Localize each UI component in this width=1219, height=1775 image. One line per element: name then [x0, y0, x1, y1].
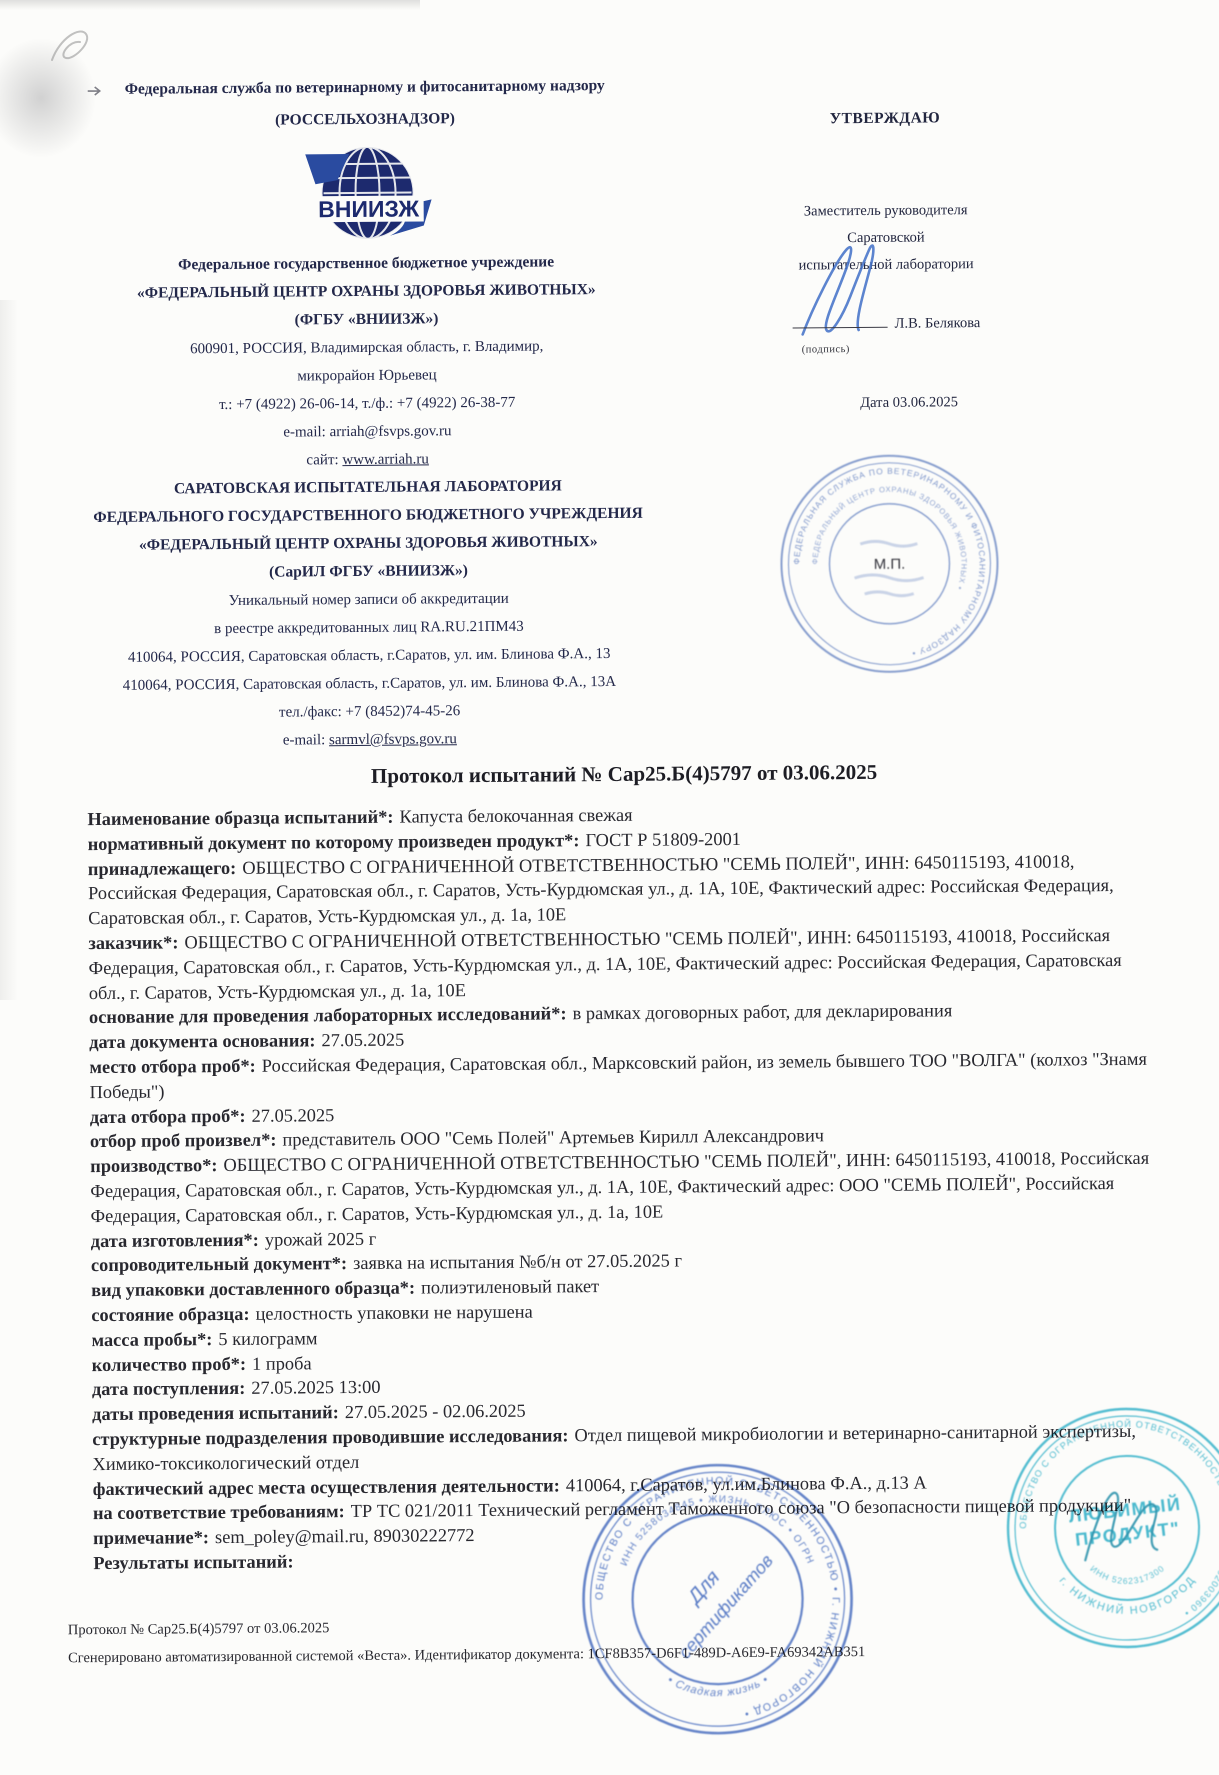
field-value: ОБЩЕСТВО С ОГРАНИЧЕННОЙ ОТВЕТСТВЕННОСТЬЮ… [89, 925, 1122, 1003]
field-row: заказчик*:ОБЩЕСТВО С ОГРАНИЧЕННОЙ ОТВЕТС… [88, 923, 1153, 1006]
lyubimy-product-stamp: ОБЩЕСТВО С ОГРАНИЧЕННОЙ ОТВЕТСТВЕННОСТЬЮ… [996, 1397, 1219, 1659]
field-label: дата документа основания: [89, 1030, 315, 1052]
lab-name-3: «ФЕДЕРАЛЬНЫЙ ЦЕНТР ОХРАНЫ ЗДОРОВЬЯ ЖИВОТ… [52, 527, 684, 560]
field-label: производство*: [90, 1155, 217, 1176]
field-value: sem_poley@mail.ru, 89030222772 [215, 1525, 475, 1547]
site-label: сайт: [306, 452, 342, 468]
field-value: в рамках договорных работ, для деклариро… [572, 1001, 952, 1024]
approval-title: УТВЕРЖДАЮ [729, 109, 1041, 129]
field-label: сопроводительный документ*: [91, 1253, 347, 1275]
field-label: состояние образца: [91, 1304, 249, 1325]
lab-email-line: e-mail: sarmvl@fsvps.gov.ru [54, 723, 686, 756]
center-name: «ФЕДЕРАЛЬНЫЙ ЦЕНТР ОХРАНЫ ЗДОРОВЬЯ ЖИВОТ… [50, 275, 682, 308]
cert-stamp-bottom-ring: • Сладкая жизнь • [665, 1673, 771, 1699]
field-value: представитель ООО "Семь Полей" Артемьев … [282, 1126, 824, 1150]
field-value: целостность упаковки не нарушена [255, 1302, 532, 1324]
field-label: на соответствие требованиям: [93, 1501, 345, 1523]
lab-address-2: 410064, РОССИЯ, Саратовская область, г.С… [53, 667, 685, 700]
field-value: полиэтиленовый пакет [421, 1276, 599, 1297]
field-row: принадлежащего:ОБЩЕСТВО С ОГРАНИЧЕННОЙ О… [88, 848, 1153, 931]
approver-name: Л.В. Белякова [895, 315, 981, 332]
field-label: дата отбора проб*: [90, 1105, 246, 1126]
field-label: дата изготовления*: [91, 1229, 259, 1250]
field-value: 27.05.2025 13:00 [251, 1377, 380, 1398]
svg-text:ИНН 5262317300: ИНН 5262317300 [1088, 1563, 1166, 1586]
field-label: принадлежащего: [88, 858, 237, 879]
service-abbr: (РОССЕЛЬХОЗНАДЗОР) [49, 101, 681, 138]
field-value: 27.05.2025 - 02.06.2025 [345, 1401, 526, 1422]
field-label: количество проб*: [92, 1353, 246, 1374]
field-value: ГОСТ Р 51809-2001 [585, 829, 741, 850]
field-value: урожай 2025 г [265, 1228, 377, 1249]
vniizh-logo-icon: ВНИИЗЖ [285, 139, 446, 244]
hq-email-link[interactable]: arriah@fsvps.gov.ru [329, 423, 451, 440]
field-value: 27.05.2025 [321, 1030, 404, 1051]
document-content: Федеральная служба по ветеринарному и фи… [0, 0, 1219, 1775]
field-value: ОБЩЕСТВО С ОГРАНИЧЕННОЙ ОТВЕТСТВЕННОСТЬЮ… [88, 851, 1114, 928]
signature-row: Л.В. Белякова [793, 313, 981, 333]
letterhead-lines: Федеральное государственное бюджетное уч… [50, 247, 686, 756]
vniizh-logo: ВНИИЗЖ [49, 137, 682, 246]
field-row: производство*:ОБЩЕСТВО С ОГРАНИЧЕННОЙ ОТ… [90, 1146, 1155, 1229]
field-label: нормативный документ по которому произве… [88, 830, 580, 854]
approval-date: Дата 03.06.2025 [860, 394, 958, 412]
service-name: Федеральная служба по ветеринарному и фи… [49, 69, 681, 106]
field-label: вид упаковки доставленного образца*: [91, 1278, 415, 1301]
field-label: фактический адрес места осуществления де… [93, 1475, 560, 1499]
email-label: e-mail: [283, 732, 329, 748]
cert-stamp-center-2: сертификатов [675, 1551, 777, 1663]
product-stamp-inn: ИНН 5262317300 [1088, 1563, 1166, 1586]
protocol-title: Протокол испытаний № Сар25.Б(4)5797 от 0… [94, 758, 1154, 791]
field-label: структурные подразделения проводившие ис… [92, 1425, 568, 1449]
field-label: Наименование образца испытаний*: [87, 807, 393, 829]
email-label: e-mail: [283, 424, 329, 440]
svg-text:• Сладкая жизнь •: • Сладкая жизнь • [665, 1673, 771, 1699]
certificates-company-stamp: ОБЩЕСТВО С ОГРАНИЧЕННОЙ ОТВЕТСТВЕННОСТЬЮ… [571, 1453, 863, 1745]
vniizh-logo-text: ВНИИЗЖ [318, 195, 419, 222]
lab-email-link[interactable]: sarmvl@fsvps.gov.ru [329, 731, 457, 748]
field-value: заявка на испытания №б/н от 27.05.2025 г [353, 1251, 682, 1274]
seal-center-mp: М.П. [874, 556, 906, 573]
signature-caption: (подпись) [802, 344, 850, 355]
field-row: место отбора проб*:Российская Федерация,… [89, 1047, 1153, 1105]
field-label: даты проведения испытаний: [92, 1402, 339, 1424]
hq-site-link[interactable]: www.arriah.ru [342, 451, 429, 468]
field-label: дата поступления: [92, 1378, 246, 1399]
field-value: 27.05.2025 [251, 1105, 334, 1126]
field-value: ОБЩЕСТВО С ОГРАНИЧЕННОЙ ОТВЕТСТВЕННОСТЬЮ… [90, 1148, 1149, 1226]
field-label: масса пробы*: [91, 1329, 212, 1350]
field-label: примечание*: [93, 1527, 209, 1548]
field-label: отбор проб произвел*: [90, 1130, 277, 1151]
field-value: Капуста белокочанная свежая [399, 805, 632, 827]
field-label: основание для проведения лабораторных ис… [89, 1004, 567, 1028]
scanned-protocol-page: Федеральная служба по ветеринарному и фи… [0, 0, 1219, 1775]
official-round-seal: ФЕДЕРАЛЬНАЯ СЛУЖБА ПО ВЕТЕРИНАРНОМУ И ФИ… [772, 447, 1008, 681]
field-label: место отбора проб*: [89, 1056, 256, 1077]
letterhead: Федеральная служба по ветеринарному и фи… [49, 69, 686, 756]
field-label: заказчик*: [88, 932, 178, 953]
position-line-1: Заместитель руководителя [730, 197, 1042, 226]
field-value: 1 проба [252, 1353, 312, 1373]
field-value: 5 килограмм [218, 1328, 317, 1349]
signature-line [793, 314, 888, 329]
